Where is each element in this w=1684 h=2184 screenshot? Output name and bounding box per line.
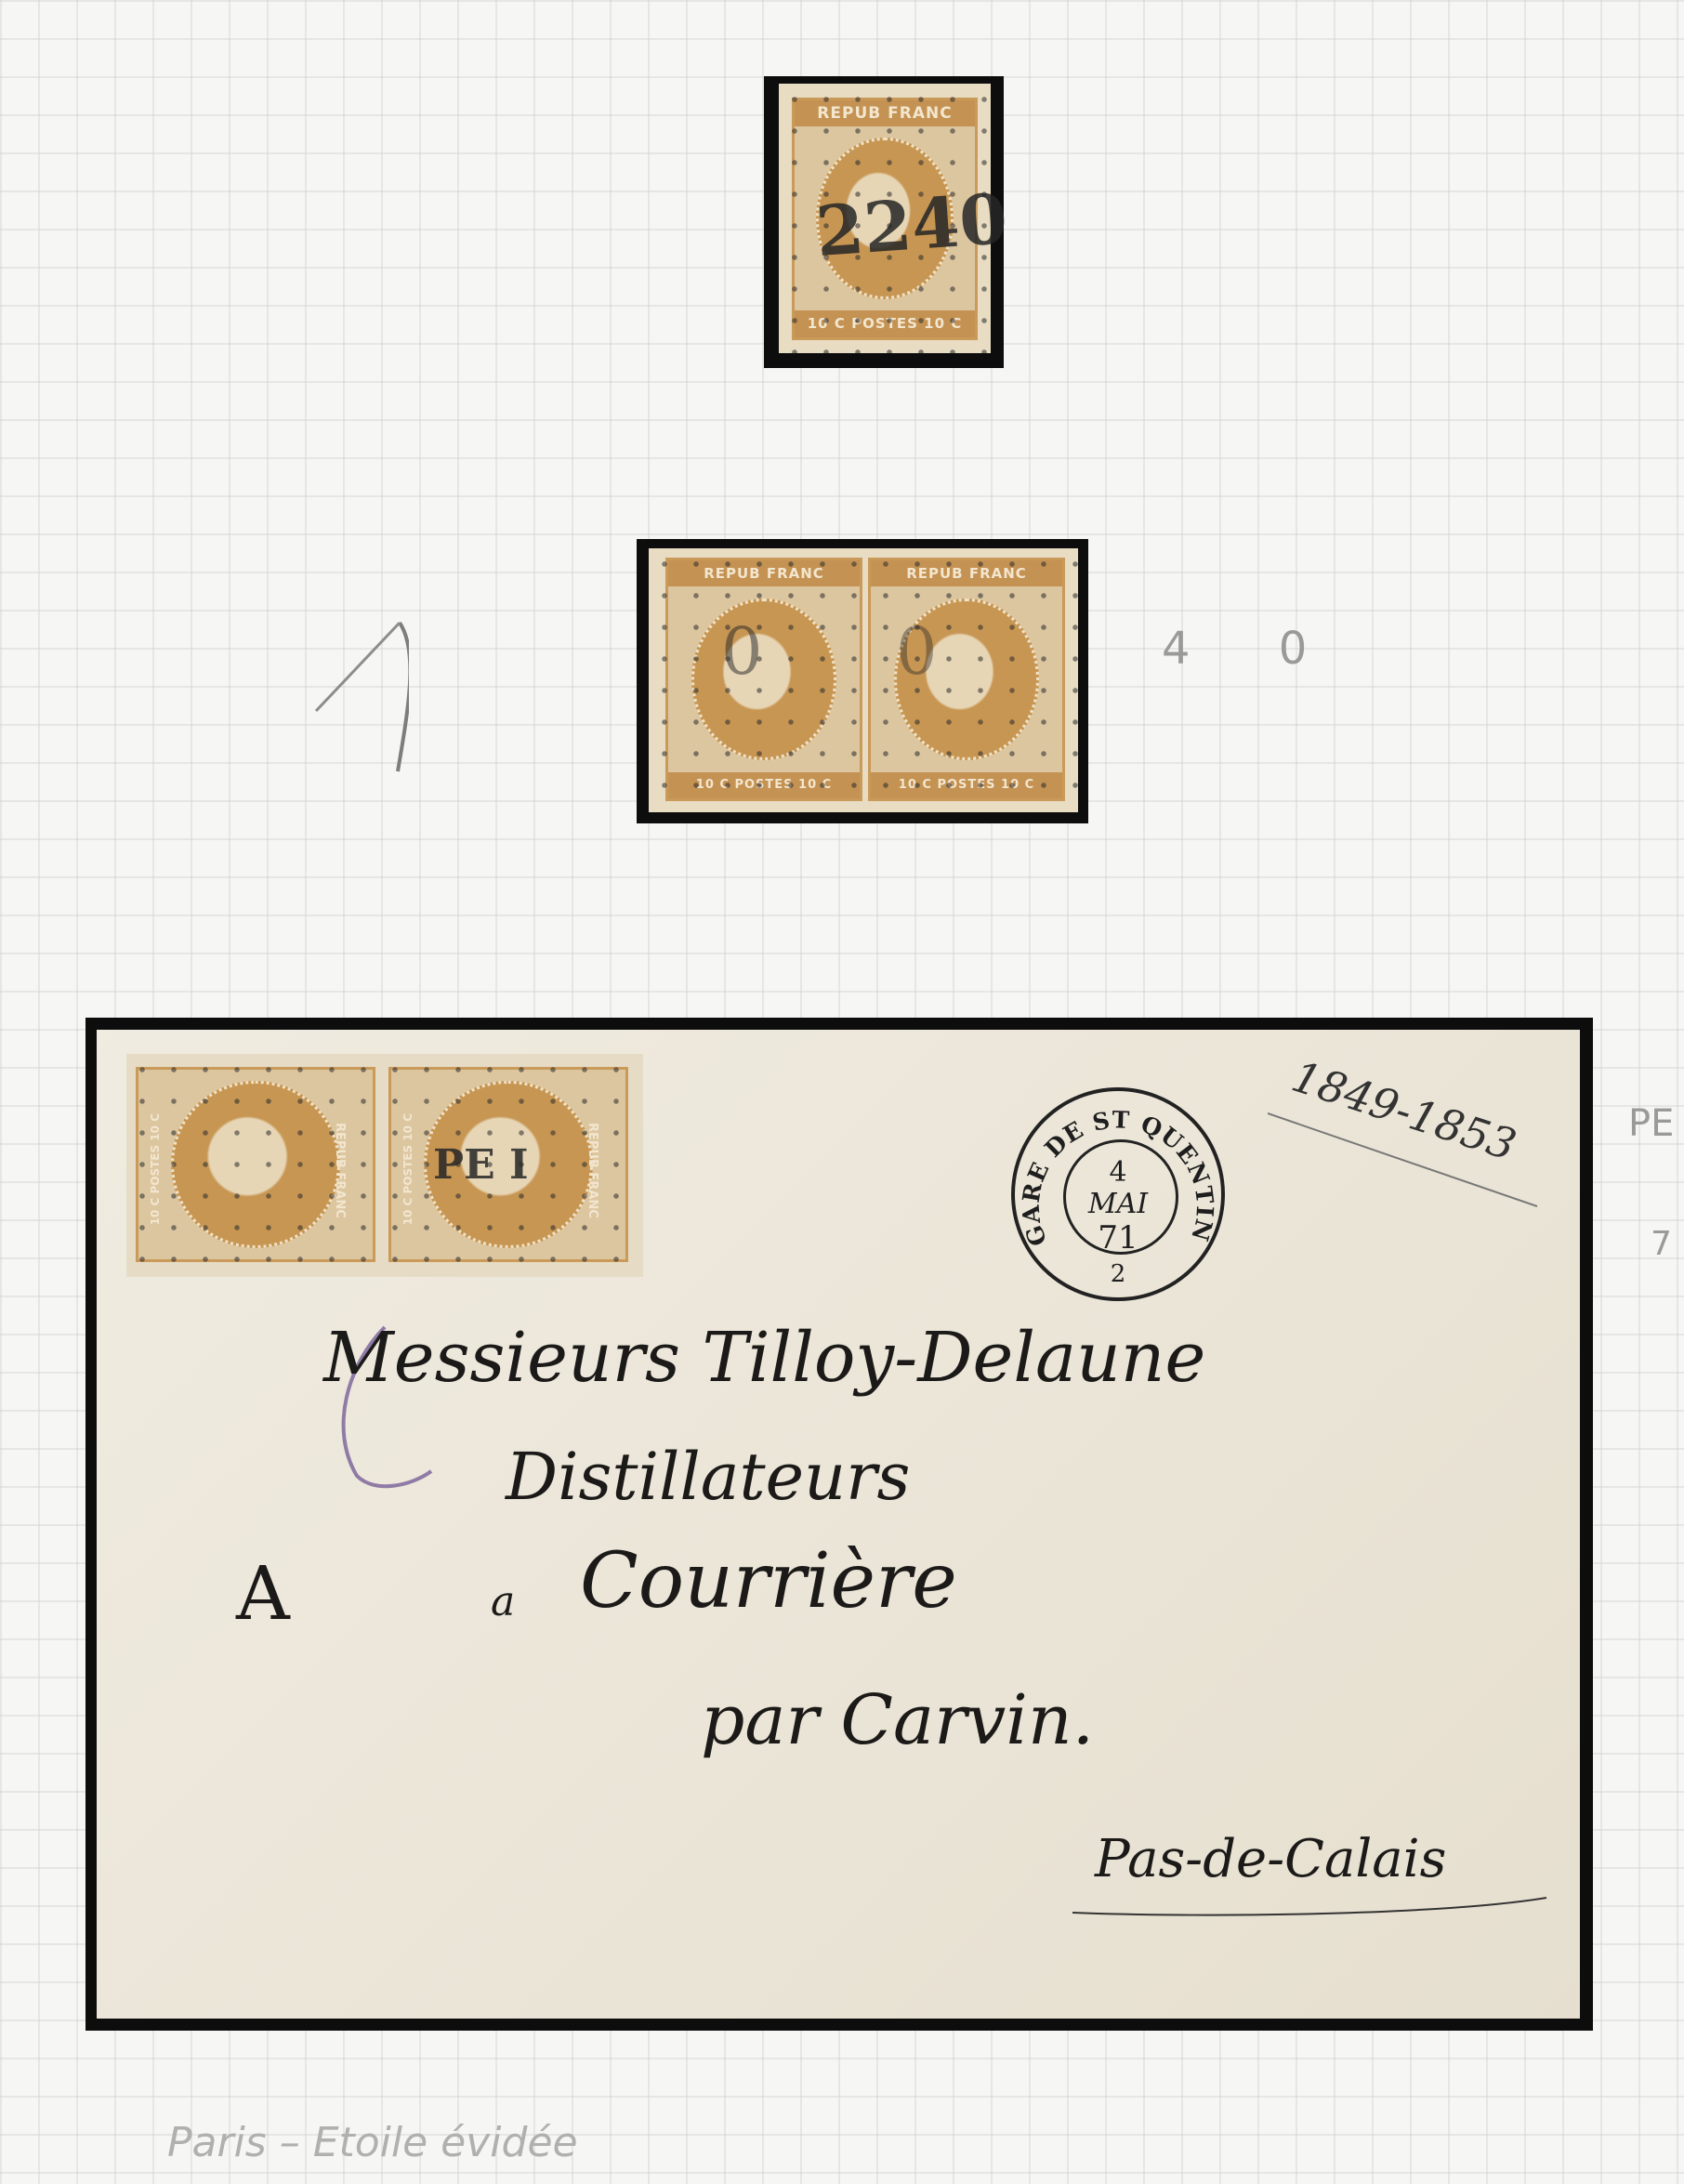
- address-line-4: par Carvin.: [701, 1680, 1094, 1760]
- letter-cover[interactable]: REPUB FRANC 10 C POSTES 10 C REPUB FRANC…: [97, 1030, 1580, 2019]
- postmark-day: 4: [1015, 1156, 1221, 1189]
- pencil-note-price: 4 0: [1162, 623, 1344, 675]
- pencil-footer-note: Paris – Etoile évidée: [167, 2119, 578, 2166]
- postmark-month: MAI: [1015, 1188, 1221, 1220]
- single-stamp[interactable]: REPUB FRANC 10 C POSTES 10 C 2240: [779, 84, 991, 353]
- strike-line: [1268, 1104, 1546, 1216]
- pencil-note-number: 7: [1651, 1225, 1672, 1263]
- address-line-1: Messieurs Tilloy-Delaune: [323, 1318, 1205, 1398]
- cancel-numeral: 2240: [813, 179, 1009, 272]
- pencil-note-pe: PE: [1628, 1102, 1674, 1145]
- address-line-5: Pas-de-Calais: [1095, 1829, 1446, 1889]
- address-line-2: Distillateurs: [506, 1439, 910, 1515]
- cover-stamp-pair[interactable]: REPUB FRANC 10 C POSTES 10 C REPUB FRANC…: [126, 1054, 643, 1277]
- postmark-collection: 2: [1015, 1260, 1221, 1288]
- address-underline: [1072, 1894, 1556, 1922]
- margin-mark: A: [236, 1550, 290, 1637]
- address-line-3: Courrière: [580, 1537, 957, 1625]
- address-line-3-prefix: a: [491, 1578, 515, 1625]
- stamp-pair[interactable]: REPUB FRANC 10 C POSTES 10 C 0 REPUB FRA…: [649, 548, 1078, 812]
- pencil-arrow-icon: [307, 595, 409, 781]
- dotted-cancel: [649, 548, 1078, 812]
- dotted-star-cancel: [126, 1054, 643, 1277]
- gare-de-st-quentin-postmark: GARE DE ST QUENTIN 4 MAI 71 2: [1011, 1087, 1225, 1301]
- postmark-year: 71: [1015, 1219, 1221, 1256]
